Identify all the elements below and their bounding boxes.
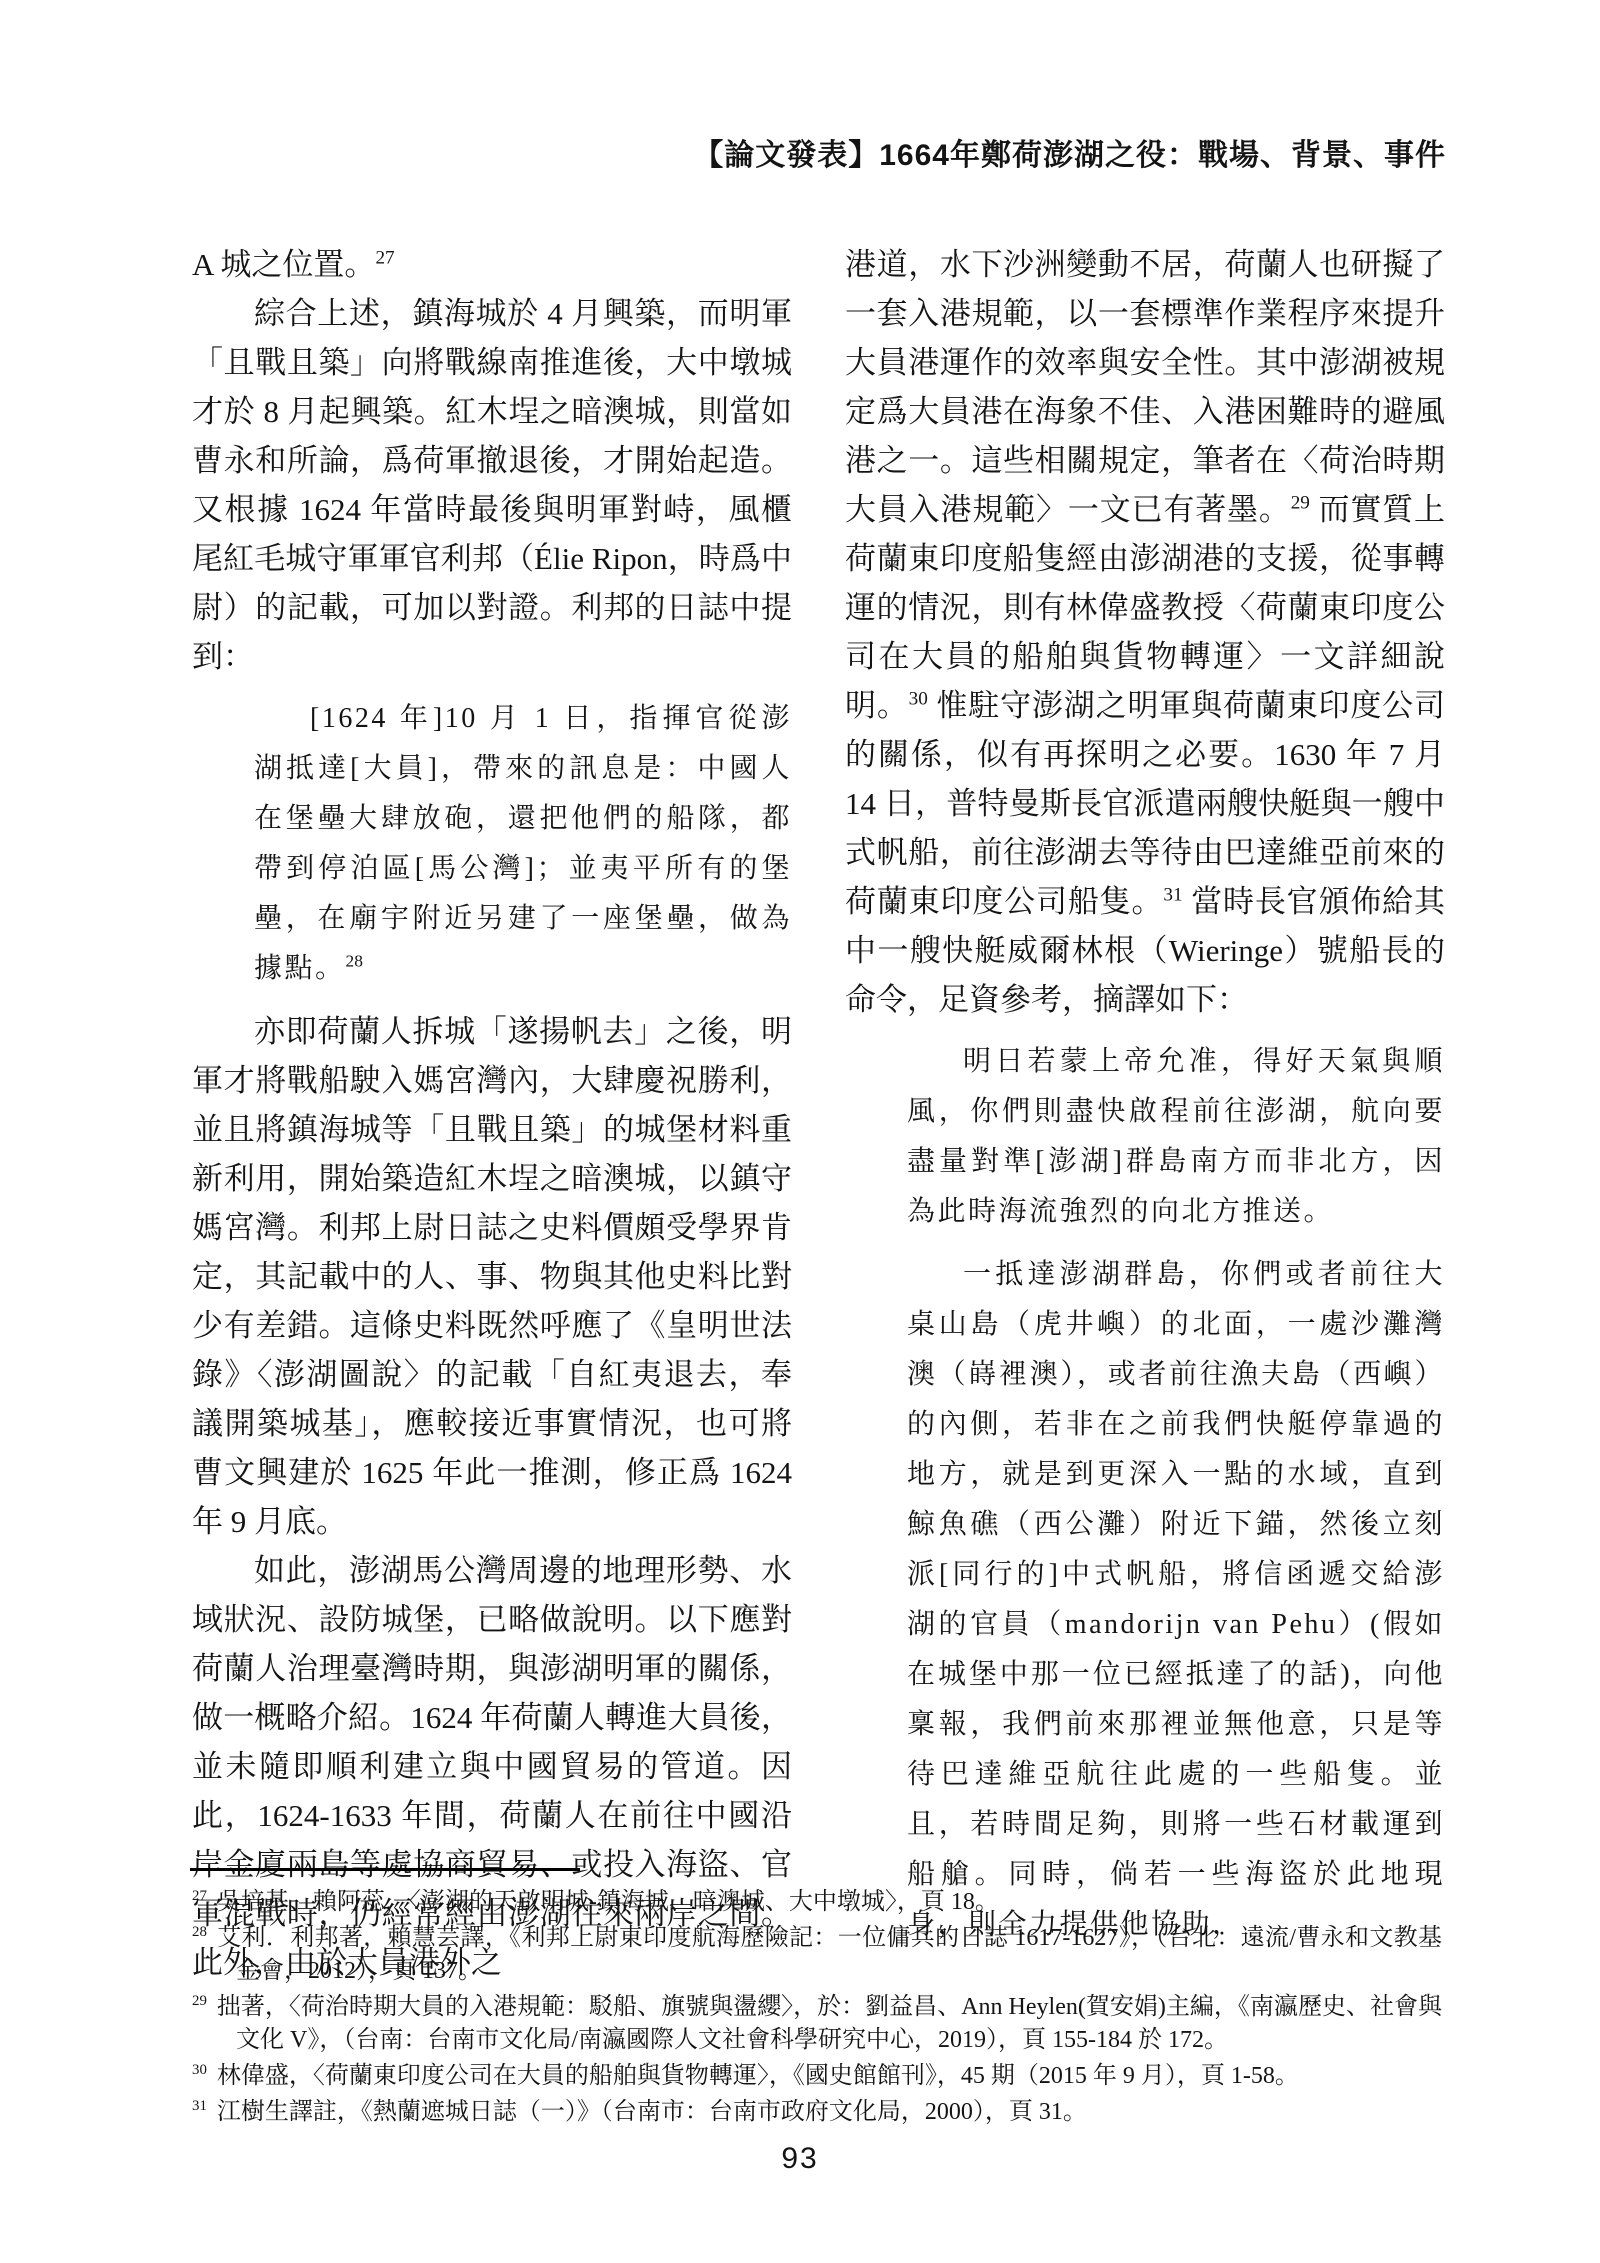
footnote-ref-29: 29	[1291, 493, 1310, 514]
left-text-column: A 城之位置。27 綜合上述，鎮海城於 4 月興築，而明軍「且戰且築」向將戰線南…	[192, 240, 792, 1987]
footnote-text: 林偉盛，〈荷蘭東印度公司在大員的船舶與貨物轉運〉，《國史館館刊》，45 期（20…	[217, 2063, 1299, 2089]
block-quote-diary: [1624 年]10 月 1 日，指揮官從澎湖抵達[大員]，帶來的訊息是：中國人…	[254, 694, 792, 994]
document-page: 【論文發表】1664年鄭荷澎湖之役：戰場、背景、事件 A 城之位置。27 綜合上…	[0, 0, 1600, 2263]
running-header-title: 【論文發表】1664年鄭荷澎湖之役：戰場、背景、事件	[693, 130, 1446, 174]
page-number: 93	[0, 2142, 1600, 2176]
right-text-column: 港道，水下沙洲變動不居，荷蘭人也研擬了一套入港規範，以一套標準作業程序來提升大員…	[845, 240, 1445, 1963]
quote-text: 一抵達澎湖群島，你們或者前往大桌山島（虎井嶼）的北面，一處沙灘灣澳（嵵裡澳），或…	[907, 1250, 1445, 1950]
footnote-29: 29拙著，〈荷治時期大員的入港規範：駁船、旗號與盪纓〉，於：劉益昌、Ann He…	[192, 1991, 1442, 2057]
footnote-text: 江樹生譯註，《熱蘭遮城日誌（一）》（台南市：台南市政府文化局，2000），頁 3…	[217, 2099, 1087, 2125]
paragraph-continuation: 港道，水下沙洲變動不居，荷蘭人也研擬了一套入港規範，以一套標準作業程序來提升大員…	[845, 240, 1445, 1024]
footnote-separator-rule	[190, 1868, 580, 1871]
footnote-27: 27吳培基、賴阿蕊，〈澎湖的天啟明城-鎮海城、暗澳城、大中墩城〉，頁 18。	[192, 1886, 1442, 1919]
footnote-ref-31: 31	[1163, 885, 1182, 906]
paragraph-text: A 城之位置。	[192, 247, 375, 282]
footnote-28: 28艾利．利邦著，賴慧芸譯，《利邦上尉東印度航海歷險記：一位傭兵的日誌 1617…	[192, 1922, 1442, 1988]
footnote-number: 31	[192, 2098, 207, 2114]
footnote-ref-27: 27	[375, 248, 394, 269]
footnote-text: 吳培基、賴阿蕊，〈澎湖的天啟明城-鎮海城、暗澳城、大中墩城〉，頁 18。	[217, 1889, 999, 1915]
footnote-number: 28	[192, 1924, 207, 1940]
paragraph: 亦即荷蘭人拆城「遂揚帆去」之後，明軍才將戰船駛入媽宮灣內，大肆慶祝勝利，並且將鎮…	[192, 1007, 792, 1546]
quote-text-body: [1624 年]10 月 1 日，指揮官從澎湖抵達[大員]，帶來的訊息是：中國人…	[254, 703, 792, 984]
footnote-30: 30林偉盛，〈荷蘭東印度公司在大員的船舶與貨物轉運〉，《國史館館刊》，45 期（…	[192, 2060, 1442, 2093]
footnote-number: 27	[192, 1888, 207, 1904]
paragraph-continuation: A 城之位置。27	[192, 240, 792, 289]
quote-text: 明日若蒙上帝允准，得好天氣與順風，你們則盡快啟程前往澎湖，航向要盡量對準[澎湖]…	[907, 1037, 1445, 1237]
paragraph: 綜合上述，鎮海城於 4 月興築，而明軍「且戰且築」向將戰線南推進後，大中墩城才於…	[192, 289, 792, 681]
quote-text: [1624 年]10 月 1 日，指揮官從澎湖抵達[大員]，帶來的訊息是：中國人…	[254, 694, 792, 994]
footnote-31: 31江樹生譯註，《熱蘭遮城日誌（一）》（台南市：台南市政府文化局，2000），頁…	[192, 2096, 1442, 2129]
footnote-ref-28: 28	[346, 952, 363, 971]
paragraph-text: 港道，水下沙洲變動不居，荷蘭人也研擬了一套入港規範，以一套標準作業程序來提升大員…	[845, 247, 1445, 527]
footnotes-section: 27吳培基、賴阿蕊，〈澎湖的天啟明城-鎮海城、暗澳城、大中墩城〉，頁 18。 2…	[192, 1886, 1442, 2132]
footnote-number: 30	[192, 2062, 207, 2078]
block-quote-order-1: 明日若蒙上帝允准，得好天氣與順風，你們則盡快啟程前往澎湖，航向要盡量對準[澎湖]…	[907, 1037, 1445, 1237]
footnote-text: 艾利．利邦著，賴慧芸譯，《利邦上尉東印度航海歷險記：一位傭兵的日誌 1617-1…	[217, 1925, 1442, 1984]
block-quote-order-2: 一抵達澎湖群島，你們或者前往大桌山島（虎井嶼）的北面，一處沙灘灣澳（嵵裡澳），或…	[907, 1250, 1445, 1950]
footnote-number: 29	[192, 1993, 207, 2009]
footnote-ref-30: 30	[909, 689, 928, 710]
footnote-text: 拙著，〈荷治時期大員的入港規範：駁船、旗號與盪纓〉，於：劉益昌、Ann Heyl…	[217, 1994, 1442, 2053]
